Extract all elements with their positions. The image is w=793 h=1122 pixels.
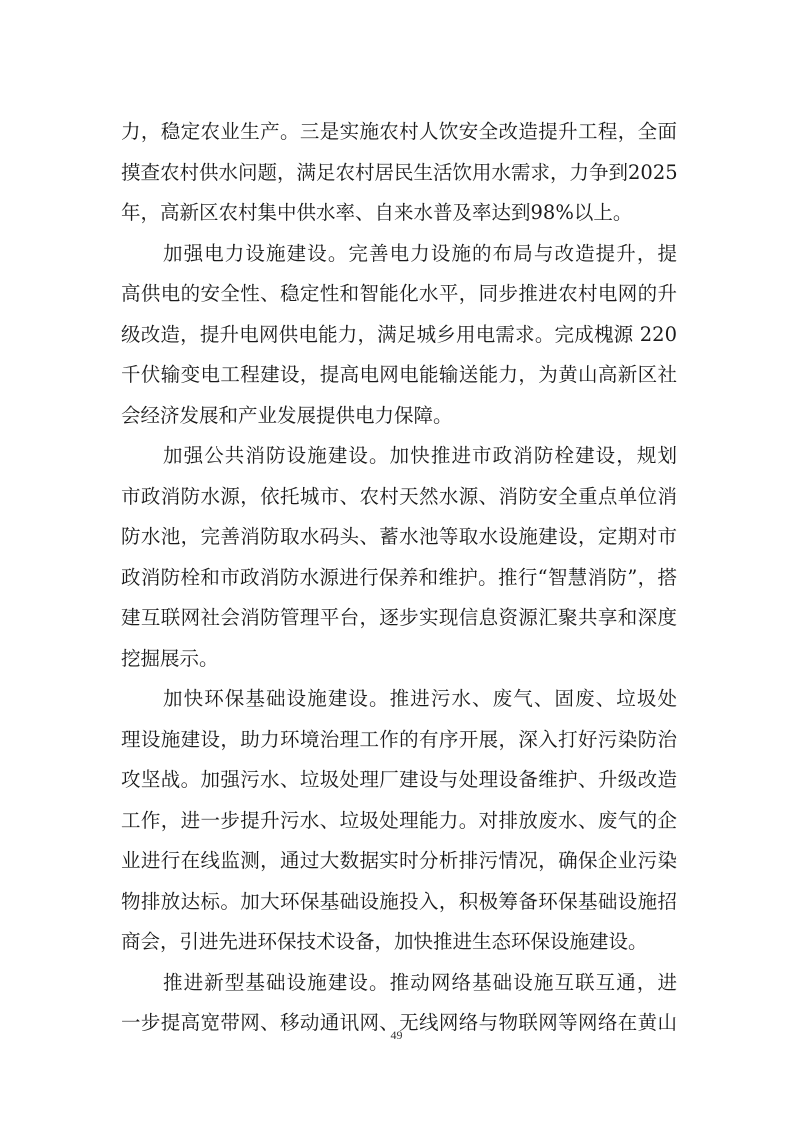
text-line: 级改造，提升电网供电能力，满足城乡用电需求。完成槐源 220 xyxy=(121,315,677,356)
text-line: 加强电力设施建设。完善电力设施的布局与改造提升，提 xyxy=(121,234,677,275)
text-line: 防水池，完善消防取水码头、蓄水池等取水设施建设，定期对市 xyxy=(121,517,677,558)
text-line: 加快环保基础设施建设。推进污水、废气、固废、垃圾处 xyxy=(121,679,677,720)
text-line: 千伏输变电工程建设，提高电网电能输送能力，为黄山高新区社 xyxy=(121,355,677,396)
text-line: 工作，进一步提升污水、垃圾处理能力。对排放废水、废气的企 xyxy=(121,801,677,842)
text-line: 加强公共消防设施建设。加快推进市政消防栓建设，规划 xyxy=(121,436,677,477)
text-line: 物排放达标。加大环保基础设施投入，积极筹备环保基础设施招 xyxy=(121,882,677,923)
document-page: 力，稳定农业生产。三是实施农村人饮安全改造提升工程，全面 摸查农村供水问题，满足… xyxy=(0,0,793,1122)
text-line: 高供电的安全性、稳定性和智能化水平，同步推进农村电网的升 xyxy=(121,274,677,315)
text-line: 政消防栓和市政消防水源进行保养和维护。推行“智慧消防”，搭 xyxy=(121,558,677,599)
text-line: 市政消防水源，依托城市、农村天然水源、消防安全重点单位消 xyxy=(121,477,677,518)
page-number: 49 xyxy=(0,1028,793,1043)
paragraph-rural-water-supply: 力，稳定农业生产。三是实施农村人饮安全改造提升工程，全面 摸查农村供水问题，满足… xyxy=(121,112,677,234)
text-line: 理设施建设，助力环境治理工作的有序开展，深入打好污染防治 xyxy=(121,720,677,761)
text-line: 摸查农村供水问题，满足农村居民生活饮用水需求，力争到2025 xyxy=(121,153,677,194)
text-line: 推进新型基础设施建设。推动网络基础设施互联互通，进 xyxy=(121,963,677,1004)
paragraph-environmental-infrastructure: 加快环保基础设施建设。推进污水、废气、固废、垃圾处 理设施建设，助力环境治理工作… xyxy=(121,679,677,963)
text-line: 攻坚战。加强污水、垃圾处理厂建设与处理设备维护、升级改造 xyxy=(121,760,677,801)
text-line: 建互联网社会消防管理平台，逐步实现信息资源汇聚共享和深度 xyxy=(121,598,677,639)
text-line: 会经济发展和产业发展提供电力保障。 xyxy=(121,396,677,437)
paragraph-fire-protection: 加强公共消防设施建设。加快推进市政消防栓建设，规划 市政消防水源，依托城市、农村… xyxy=(121,436,677,679)
text-line: 业进行在线监测，通过大数据实时分析排污情况，确保企业污染 xyxy=(121,841,677,882)
text-line: 力，稳定农业生产。三是实施农村人饮安全改造提升工程，全面 xyxy=(121,112,677,153)
text-line: 年，高新区农村集中供水率、自来水普及率达到98%以上。 xyxy=(121,193,677,234)
body-text: 力，稳定农业生产。三是实施农村人饮安全改造提升工程，全面 摸查农村供水问题，满足… xyxy=(121,112,677,1044)
text-line: 挖掘展示。 xyxy=(121,639,677,680)
paragraph-power-facilities: 加强电力设施建设。完善电力设施的布局与改造提升，提 高供电的安全性、稳定性和智能… xyxy=(121,234,677,437)
text-line: 商会，引进先进环保技术设备，加快推进生态环保设施建设。 xyxy=(121,922,677,963)
